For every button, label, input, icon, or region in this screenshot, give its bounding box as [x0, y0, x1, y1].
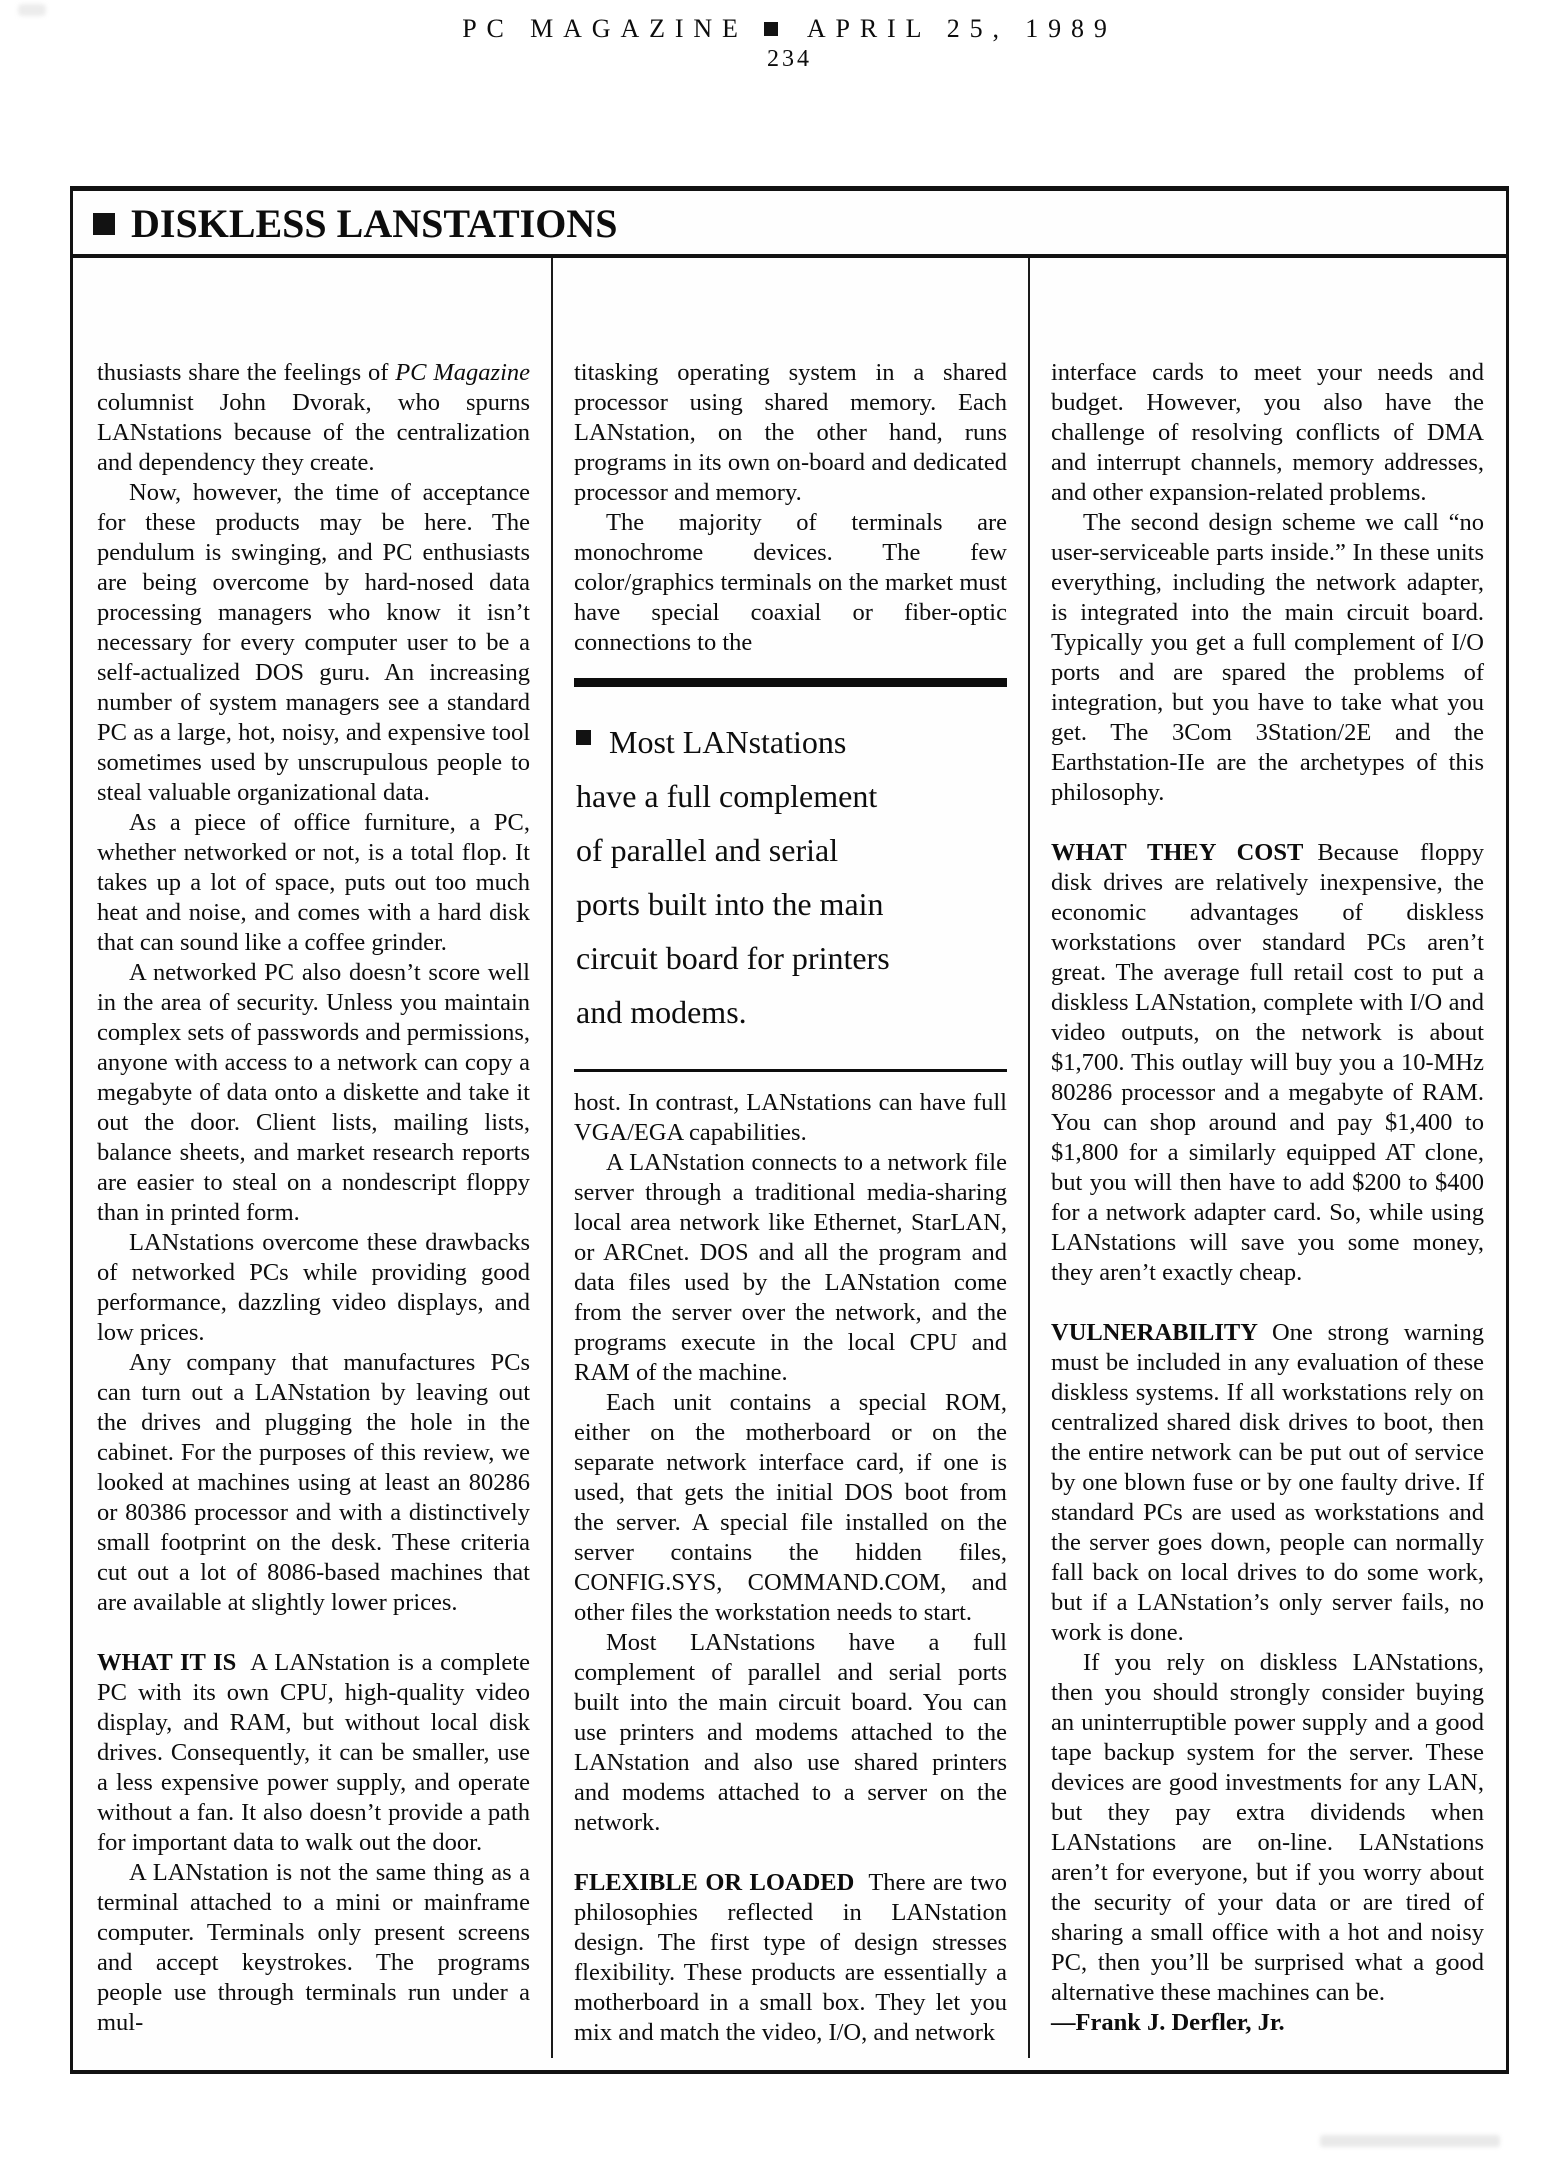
footer-date: APRIL 25, 1989 [807, 14, 1117, 43]
footer-square-bullet-icon [764, 22, 778, 36]
scan-smudge-artifact [18, 4, 46, 16]
pull-quote: Most LANstationshave a full complementof… [574, 678, 1007, 1072]
paragraph: host. In contrast, LANstations can have … [574, 1088, 1007, 1148]
paragraph: As a piece of office furniture, a PC, wh… [97, 808, 530, 958]
pull-quote-line: circuit board for printers [576, 931, 1007, 985]
article-title: DISKLESS LANSTATIONS [131, 200, 617, 247]
column-divider-rule-1 [551, 258, 553, 2058]
text-column-2: titasking operating system in a shared p… [574, 358, 1007, 2048]
text-run: Each unit contains a special ROM, either… [574, 1389, 1007, 1626]
paragraph: If you rely on diskless LANstations, the… [1051, 1648, 1484, 2008]
paragraph: Any company that manufactures PCs can tu… [97, 1348, 530, 1618]
italic-run: PC Magazine [395, 359, 530, 386]
paragraph: interface cards to meet your needs and b… [1051, 358, 1484, 508]
paragraph: thusiasts share the feelings of PC Magaz… [97, 358, 530, 478]
paragraph: A LANstation connects to a network file … [574, 1148, 1007, 1388]
pull-quote-line: Most LANstations [576, 715, 1007, 769]
pull-quote-line: of parallel and serial [576, 823, 1007, 877]
paragraph: A networked PC also doesn’t score well i… [97, 958, 530, 1228]
text-run: Any company that manufactures PCs can tu… [97, 1349, 530, 1616]
text-run: A networked PC also doesn’t score well i… [97, 959, 530, 1226]
footer-magazine-name: PC MAGAZINE [462, 14, 748, 43]
text-column-1: thusiasts share the feelings of PC Magaz… [97, 358, 530, 2048]
text-run: LANstations overcome these drawbacks of … [97, 1229, 530, 1346]
text-run: The second design scheme we call “no use… [1051, 509, 1484, 806]
text-run: thusiasts share the feelings of [97, 359, 395, 386]
run-in-heading: FLEXIBLE OR LOADED [574, 1869, 854, 1896]
text-run: interface cards to meet your needs and b… [1051, 359, 1484, 506]
paragraph: A LANstation is not the same thing as a … [97, 1858, 530, 2038]
paragraph: Now, however, the time of acceptance for… [97, 478, 530, 808]
footer-line: PC MAGAZINE APRIL 25, 1989 [70, 14, 1509, 44]
article-body: thusiasts share the feelings of PC Magaz… [73, 258, 1506, 2070]
text-run: As a piece of office furniture, a PC, wh… [97, 809, 530, 956]
text-run: host. In contrast, LANstations can have … [574, 1089, 1007, 1146]
text-run: titasking operating system in a shared p… [574, 359, 1007, 506]
column-divider-rule-2 [1028, 258, 1030, 2058]
text-run: A LANstation is a complete PC with its o… [97, 1649, 530, 1856]
pull-quote-line: have a full complement [576, 769, 1007, 823]
run-in-heading: VULNERABILITY [1051, 1319, 1258, 1346]
page-number: 234 [70, 46, 1509, 73]
paragraph: —Frank J. Derfler, Jr. [1051, 2008, 1484, 2038]
pull-quote-bottom-rule [574, 1069, 1007, 1072]
paragraph: LANstations overcome these drawbacks of … [97, 1228, 530, 1348]
pull-quote-text: Most LANstationshave a full complementof… [574, 687, 1007, 1069]
text-column-3: interface cards to meet your needs and b… [1051, 358, 1484, 2048]
paragraph: WHAT THEY COSTBecause floppy disk drives… [1051, 838, 1484, 1288]
paragraph: The second design scheme we call “no use… [1051, 508, 1484, 808]
paragraph: Each unit contains a special ROM, either… [574, 1388, 1007, 1628]
paragraph: titasking operating system in a shared p… [574, 358, 1007, 508]
text-run: If you rely on diskless LANstations, the… [1051, 1649, 1484, 2006]
paragraph: WHAT IT ISA LANstation is a complete PC … [97, 1648, 530, 1858]
pull-quote-line: and modems. [576, 985, 1007, 1039]
pull-quote-line: ports built into the main [576, 877, 1007, 931]
run-in-heading: WHAT IT IS [97, 1649, 236, 1676]
text-run: columnist John Dvorak, who spurns LANsta… [97, 389, 530, 476]
article-box: DISKLESS LANSTATIONS thusiasts share the… [70, 186, 1509, 2074]
article-header: DISKLESS LANSTATIONS [73, 191, 1506, 258]
text-run: Now, however, the time of acceptance for… [97, 479, 530, 806]
text-run: Because floppy disk drives are relativel… [1051, 839, 1484, 1286]
text-run: One strong warning must be included in a… [1051, 1319, 1484, 1646]
text-run: The majority of terminals are monochrome… [574, 509, 1007, 656]
paragraph: VULNERABILITYOne strong warning must be … [1051, 1318, 1484, 1648]
text-run: A LANstation connects to a network file … [574, 1149, 1007, 1386]
paragraph: Most LANstations have a full complement … [574, 1628, 1007, 1838]
pull-quote-square-bullet-icon [576, 730, 591, 745]
faint-watermark-artifact [1320, 2135, 1500, 2147]
text-run: A LANstation is not the same thing as a … [97, 1859, 530, 2036]
page-footer: PC MAGAZINE APRIL 25, 1989 234 [70, 14, 1509, 73]
run-in-heading: —Frank J. Derfler, Jr. [1051, 2009, 1285, 2036]
header-square-bullet-icon [93, 213, 115, 235]
run-in-heading: WHAT THEY COST [1051, 839, 1303, 866]
paragraph: The majority of terminals are monochrome… [574, 508, 1007, 658]
pull-quote-top-rule [574, 678, 1007, 687]
paragraph: FLEXIBLE OR LOADEDThere are two philosop… [574, 1868, 1007, 2048]
text-run: Most LANstations have a full complement … [574, 1629, 1007, 1836]
